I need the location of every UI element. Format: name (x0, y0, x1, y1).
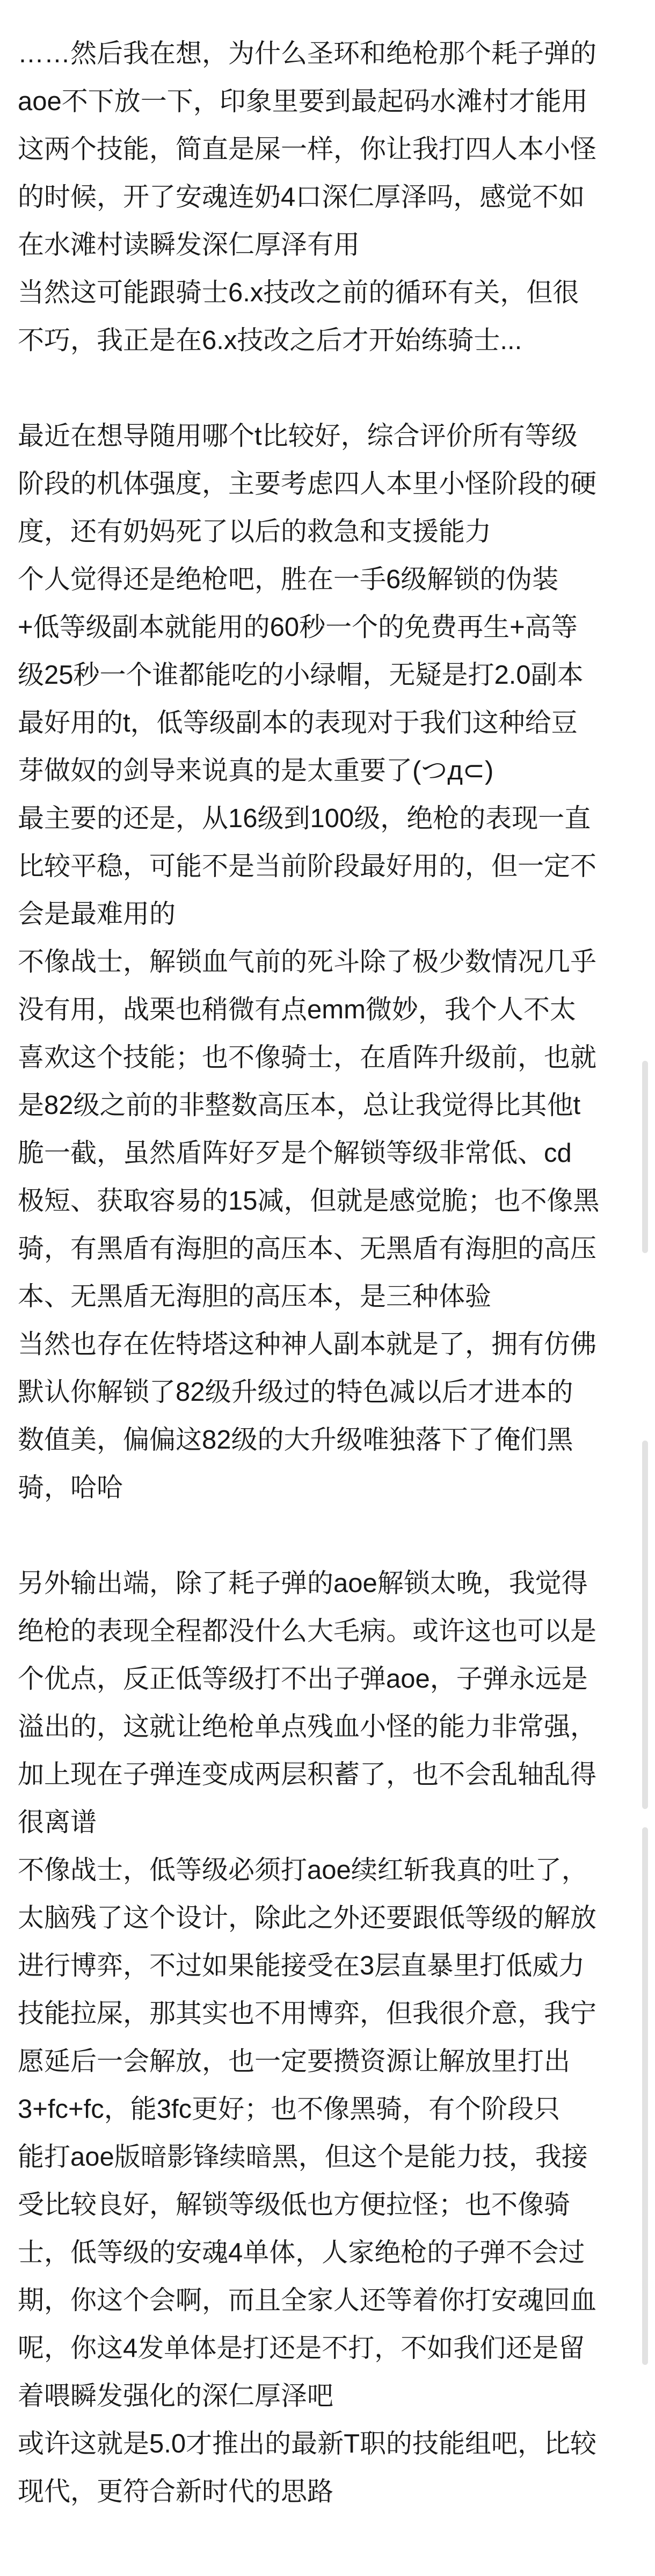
text-line: 受比较良好，解锁等级低也方便拉怪；也不像骑 (18, 2181, 639, 2229)
text-line: 骑，哈哈 (18, 1464, 639, 1512)
paragraph-spacer (18, 365, 639, 413)
scrollbar-thumb[interactable] (642, 1061, 648, 1253)
text-line: 最好用的t，低等级副本的表现对于我们这种给豆 (18, 699, 639, 747)
text-line: 芽做奴的剑导来说真的是太重要了(つд⊂) (18, 747, 639, 795)
text-line: 进行博弈，不过如果能接受在3层直暴里打低威力 (18, 1942, 639, 1990)
text-line: 很离谱 (18, 1799, 639, 1847)
scrollbar-thumb[interactable] (642, 1441, 648, 1809)
text-line: 度，还有奶妈死了以后的救急和支援能力 (18, 508, 639, 556)
text-line: 或许这就是5.0才推出的最新T职的技能组吧，比较 (18, 2420, 639, 2468)
text-line: 呢，你这4发单体是打还是不打，不如我们还是留 (18, 2325, 639, 2372)
text-line: 能打aoe版暗影锋续暗黑，但这个是能力技，我接 (18, 2133, 639, 2181)
text-line: 溢出的，这就让绝枪单点残血小怪的能力非常强， (18, 1703, 639, 1751)
text-line: 最近在想导随用哪个t比较好，综合评价所有等级 (18, 413, 639, 460)
text-line: 现代，更符合新时代的思路 (18, 2468, 639, 2516)
text-line: 当然这可能跟骑士6.x技改之前的循环有关，但很 (18, 269, 639, 317)
text-line: 级25秒一个谁都能吃的小绿帽，无疑是打2.0副本 (18, 652, 639, 699)
text-line: 是82级之前的非整数高压本，总让我觉得比其他t (18, 1082, 639, 1130)
text-line: aoe不下放一下，印象里要到最起码水滩村才能用 (18, 78, 639, 126)
text-line: 不巧，我正是在6.x技改之后才开始练骑士... (18, 317, 639, 365)
text-line: 期，你这个会啊，而且全家人还等着你打安魂回血 (18, 2277, 639, 2325)
text-line: 士，低等级的安魂4单体，人家绝枪的子弹不会过 (18, 2229, 639, 2277)
text-line: 默认你解锁了82级升级过的特色减以后才进本的 (18, 1369, 639, 1416)
text-line: ……然后我在想，为什么圣环和绝枪那个耗子弹的 (18, 30, 639, 78)
text-line: 不像战士，低等级必须打aoe续红斩我真的吐了， (18, 1847, 639, 1894)
text-line: 这两个技能，简直是屎一样，你让我打四人本小怪 (18, 126, 639, 173)
text-line: 个优点，反正低等级打不出子弹aoe，子弹永远是 (18, 1655, 639, 1703)
text-line: 数值美，偏偏这82级的大升级唯独落下了俺们黑 (18, 1416, 639, 1464)
text-line: 另外输出端，除了耗子弹的aoe解锁太晚，我觉得 (18, 1560, 639, 1608)
text-line: 脆一截，虽然盾阵好歹是个解锁等级非常低、cd (18, 1130, 639, 1177)
text-line: 不像战士，解锁血气前的死斗除了极少数情况几乎 (18, 938, 639, 986)
text-line: 极短、获取容易的15减，但就是感觉脆；也不像黑 (18, 1177, 639, 1225)
text-line: 3+fc+fc，能3fc更好；也不像黑骑，有个阶段只 (18, 2086, 639, 2133)
text-line: 着喂瞬发强化的深仁厚泽吧 (18, 2372, 639, 2420)
scrollbar-thumb[interactable] (642, 1827, 648, 2365)
text-line: 本、无黑盾无海胆的高压本，是三种体验 (18, 1273, 639, 1321)
text-line: 阶段的机体强度，主要考虑四人本里小怪阶段的硬 (18, 460, 639, 508)
text-line: 没有用，战栗也稍微有点emm微妙，我个人不太 (18, 986, 639, 1034)
text-line: 比较平稳，可能不是当前阶段最好用的，但一定不 (18, 843, 639, 891)
post-text: ……然后我在想，为什么圣环和绝枪那个耗子弹的aoe不下放一下，印象里要到最起码水… (0, 0, 655, 2516)
text-line: 加上现在子弹连变成两层积蓄了，也不会乱轴乱得 (18, 1751, 639, 1799)
text-line: 会是最难用的 (18, 891, 639, 938)
text-line: 个人觉得还是绝枪吧，胜在一手6级解锁的伪装 (18, 556, 639, 604)
text-line: 太脑残了这个设计，除此之外还要跟低等级的解放 (18, 1894, 639, 1942)
text-line: 最主要的还是，从16级到100级，绝枪的表现一直 (18, 795, 639, 843)
text-line: 技能拉屎，那其实也不用博弈，但我很介意，我宁 (18, 1990, 639, 2038)
text-line: 绝枪的表现全程都没什么大毛病。或许这也可以是 (18, 1608, 639, 1655)
text-line: 愿延后一会解放，也一定要攒资源让解放里打出 (18, 2038, 639, 2086)
paragraph-spacer (18, 1512, 639, 1560)
text-line: 当然也存在佐特塔这种神人副本就是了，拥有仿佛 (18, 1321, 639, 1369)
text-line: 的时候，开了安魂连奶4口深仁厚泽吗，感觉不如 (18, 173, 639, 221)
text-line: 骑，有黑盾有海胆的高压本、无黑盾有海胆的高压 (18, 1225, 639, 1273)
text-line: +低等级副本就能用的60秒一个的免费再生+高等 (18, 604, 639, 652)
text-line: 喜欢这个技能；也不像骑士，在盾阵升级前，也就 (18, 1034, 639, 1082)
text-line: 在水滩村读瞬发深仁厚泽有用 (18, 221, 639, 269)
